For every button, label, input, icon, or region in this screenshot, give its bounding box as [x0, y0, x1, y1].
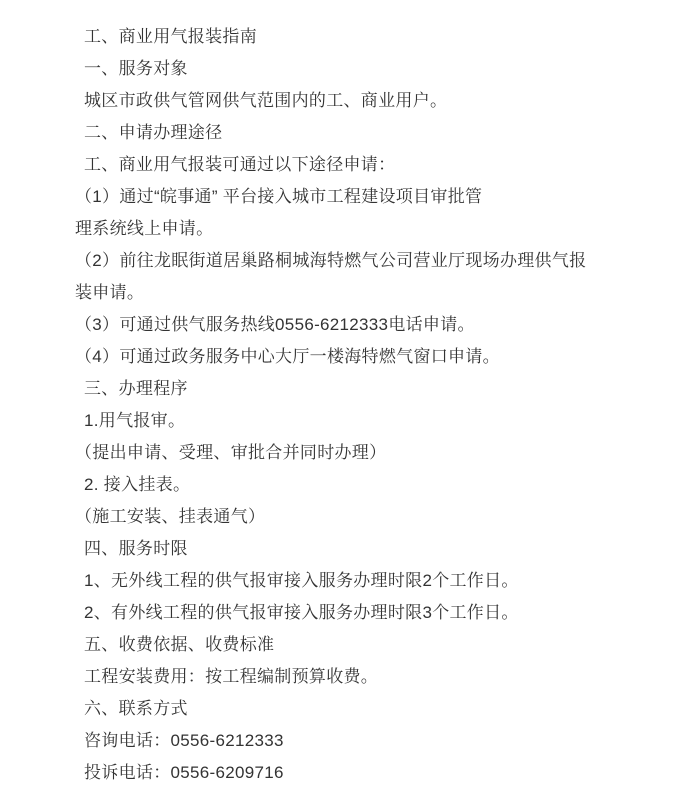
para-channel-2-line-2: 装申请。 — [75, 277, 635, 309]
para-channel-4-service-window: （4）可通过政务服务中心大厅一楼海特燃气窗口申请。 — [75, 341, 635, 373]
para-channel-3-hotline: （3）可通过供气服务热线0556-6212333电话申请。 — [75, 309, 635, 341]
heading-1-service-target: 一、服务对象 — [75, 53, 635, 85]
doc-title: 工、商业用气报装指南 — [75, 21, 635, 53]
para-fee-standard: 工程安装费用：按工程编制预算收费。 — [75, 661, 635, 693]
para-channel-2-line-1: （2）前往龙眠街道居巢路桐城海特燃气公司营业厅现场办理供气报 — [75, 245, 635, 277]
heading-4-time-limit: 四、服务时限 — [75, 533, 635, 565]
para-time-limit-no-external-line: 1、无外线工程的供气报审接入服务办理时限2个工作日。 — [75, 565, 635, 597]
para-consult-phone: 咨询电话：0556-6212333 — [75, 725, 635, 757]
para-step-1: 1.用气报审。 — [75, 405, 635, 437]
heading-3-procedure: 三、办理程序 — [75, 373, 635, 405]
para-step-2: 2. 接入挂表。 — [75, 469, 635, 501]
heading-2-application-channels: 二、申请办理途径 — [75, 117, 635, 149]
heading-6-contact: 六、联系方式 — [75, 693, 635, 725]
para-complaint-phone: 投诉电话：0556-6209716 — [75, 757, 635, 789]
para-service-target: 城区市政供气管网供气范围内的工、商业用户。 — [75, 85, 635, 117]
document-body: 工、商业用气报装指南 一、服务对象 城区市政供气管网供气范围内的工、商业用户。 … — [75, 21, 635, 789]
para-channel-1-line-2: 理系统线上申请。 — [75, 213, 635, 245]
para-time-limit-external-line: 2、有外线工程的供气报审接入服务办理时限3个工作日。 — [75, 597, 635, 629]
heading-5-fees: 五、收费依据、收费标准 — [75, 629, 635, 661]
para-channels-intro: 工、商业用气报装可通过以下途径申请： — [75, 149, 635, 181]
para-step-2-note: （施工安装、挂表通气） — [75, 501, 635, 533]
para-channel-1-line-1: （1）通过“皖事通” 平台接入城市工程建设项目审批管 — [75, 181, 635, 213]
para-step-1-note: （提出申请、受理、审批合并同时办理） — [75, 437, 635, 469]
